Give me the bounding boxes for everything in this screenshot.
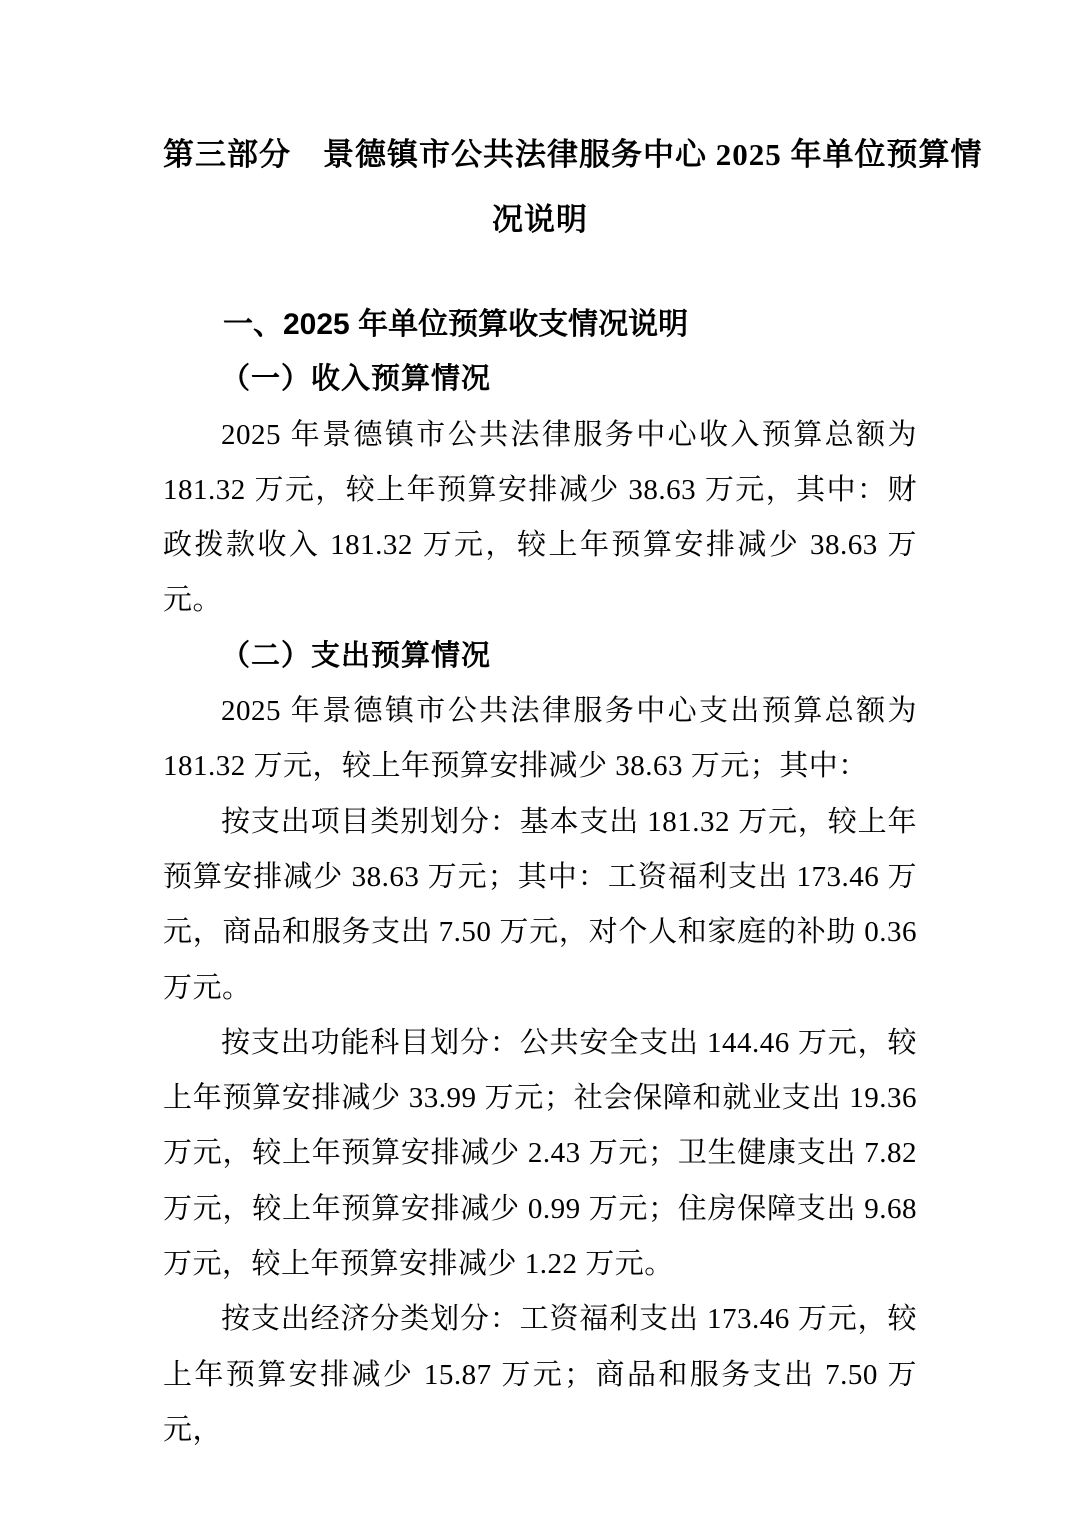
paragraph-expenditure-by-project-category: 按支出项目类别划分：基本支出 181.32 万元，较上年预算安排减少 38.63… — [163, 795, 917, 1016]
sub-heading-expenditure-budget: （二）支出预算情况 — [163, 629, 917, 684]
paragraph-expenditure-by-economic-category: 按支出经济分类划分：工资福利支出 173.46 万元，较上年预算安排减少 15.… — [163, 1292, 917, 1458]
paragraph-expenditure-total: 2025 年景德镇市公共法律服务中心支出预算总额为 181.32 万元，较上年预… — [163, 684, 917, 795]
document-page: 第三部分 景德镇市公共法律服务中心 2025 年单位预算情 况说明 一、2025… — [0, 0, 1074, 1520]
document-title-line-2: 况说明 — [163, 187, 917, 252]
document-title-line-1: 第三部分 景德镇市公共法律服务中心 2025 年单位预算情 — [163, 122, 917, 187]
document-title: 第三部分 景德镇市公共法律服务中心 2025 年单位预算情 况说明 — [163, 122, 917, 252]
section-heading-budget-overview: 一、2025 年单位预算收支情况说明 — [163, 297, 917, 352]
document-content: 第三部分 景德镇市公共法律服务中心 2025 年单位预算情 况说明 一、2025… — [163, 122, 917, 1458]
paragraph-expenditure-by-function: 按支出功能科目划分：公共安全支出 144.46 万元，较上年预算安排减少 33.… — [163, 1016, 917, 1292]
paragraph-income-budget-detail: 2025 年景德镇市公共法律服务中心收入预算总额为 181.32 万元，较上年预… — [163, 408, 917, 629]
sub-heading-income-budget: （一）收入预算情况 — [163, 352, 917, 407]
